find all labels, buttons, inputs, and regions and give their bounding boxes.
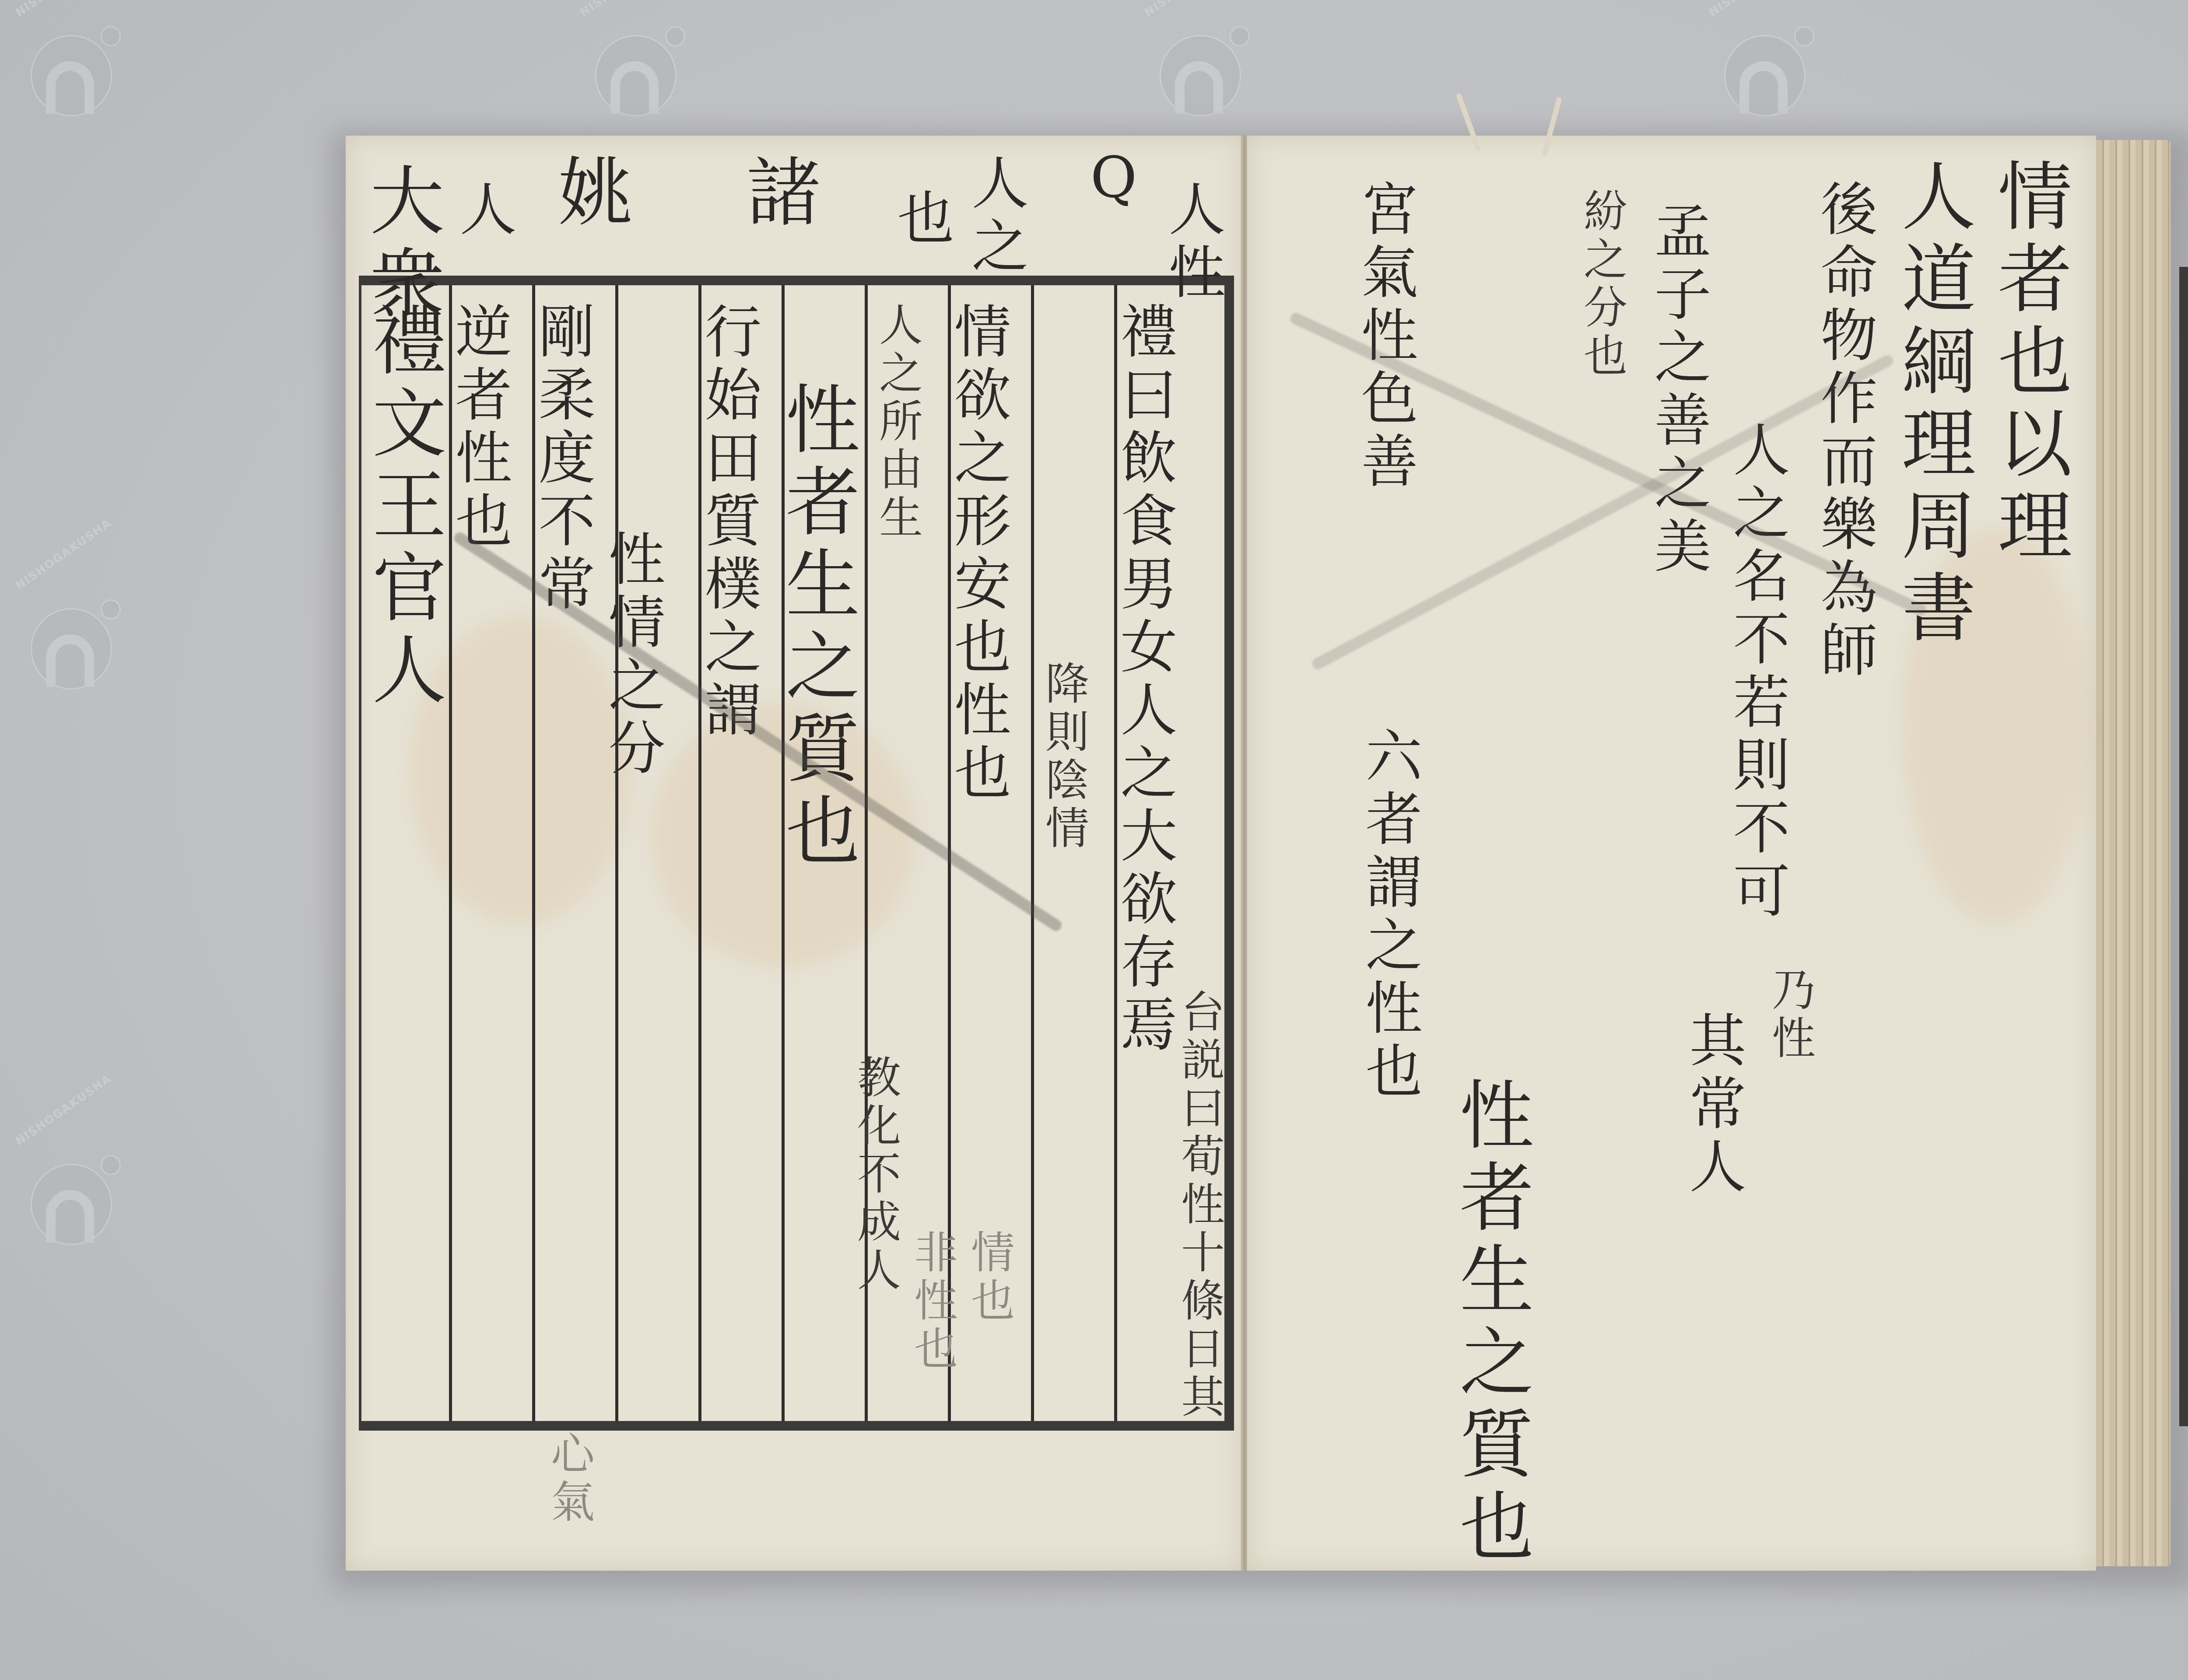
text-column: 人性 [1164, 179, 1221, 305]
column-rule [615, 285, 618, 1421]
annotation: 人 [455, 179, 512, 242]
text-column: 人之所由生 [875, 302, 919, 542]
watermark-logo-icon: NISHOGAKUSHA [1147, 17, 1252, 122]
watermark-logo-icon: NISHOGAKUSHA [1711, 17, 1816, 122]
annotation: 也 [893, 188, 950, 251]
text-column: 逆者性也 [451, 302, 508, 554]
text-column: 禮曰飲食男女人之大欲存焉 [1116, 302, 1173, 1058]
text-column: 宮氣性色善 [1357, 179, 1413, 494]
open-book: 禮文王官人 逆者性也 剛柔度不常 性情之分 行始田質樸之謂 性者生之質也 人之所… [346, 136, 2184, 1571]
annotation: 姚 [551, 153, 626, 235]
text-column: 性者生之質也 [1453, 1076, 1527, 1570]
text-column: 降則陰情 [1041, 661, 1085, 853]
watermark-logo-icon: NISHOGAKUSHA [582, 17, 687, 122]
annotation: 人之 [967, 153, 1024, 279]
text-column: 後命物作而樂為師 [1816, 179, 1873, 683]
annotation: 諸 [740, 153, 814, 235]
left-page: 禮文王官人 逆者性也 剛柔度不常 性情之分 行始田質樸之謂 性者生之質也 人之所… [346, 136, 1243, 1571]
text-column: 禮文王官人 [365, 302, 440, 713]
margin-annotation: 台説曰荀性十條日其 [1177, 989, 1221, 1422]
text-column: 人道綱理周書 [1895, 157, 1969, 651]
text-column: 情欲之形安也性也 [950, 302, 1006, 806]
annotation: 其常人 [1685, 1011, 1742, 1200]
watermark-logo-icon: NISHOGAKUSHA [18, 17, 123, 122]
annotation: 教化不成人 [853, 1054, 897, 1295]
text-column: 行始田質樸之謂 [700, 302, 757, 743]
annotation: 大衆 [363, 162, 438, 326]
watermark-logo-icon: NISHOGAKUSHA [18, 1146, 123, 1251]
watermark-logo-icon: NISHOGAKUSHA [18, 591, 123, 696]
annotation: 非性也 [910, 1229, 954, 1374]
annotation: 六者謂之性也 [1361, 726, 1418, 1104]
annotation: Q [1085, 144, 1142, 217]
text-column: 紛之分也 [1580, 188, 1623, 381]
page-edges [2096, 140, 2170, 1566]
text-column: 情者也以理 [1991, 157, 2065, 569]
right-print-frame [2179, 267, 2188, 1426]
column-rule [1031, 285, 1034, 1421]
text-column: 孟子之善之美 [1650, 201, 1707, 579]
annotation: 乃性 [1768, 967, 1812, 1063]
text-column: 剛柔度不常 [534, 302, 591, 617]
text-column: 人之名不若則不可 [1729, 420, 1785, 924]
text-column: 性者生之質也 [779, 381, 853, 874]
right-page: 情者也以理 人道綱理周書 後命物作而樂為師 人之名不若則不可 孟子之善之美 紛之… [1247, 136, 2096, 1571]
annotation: 心氣 [547, 1431, 591, 1527]
annotation: 情也 [967, 1229, 1011, 1326]
